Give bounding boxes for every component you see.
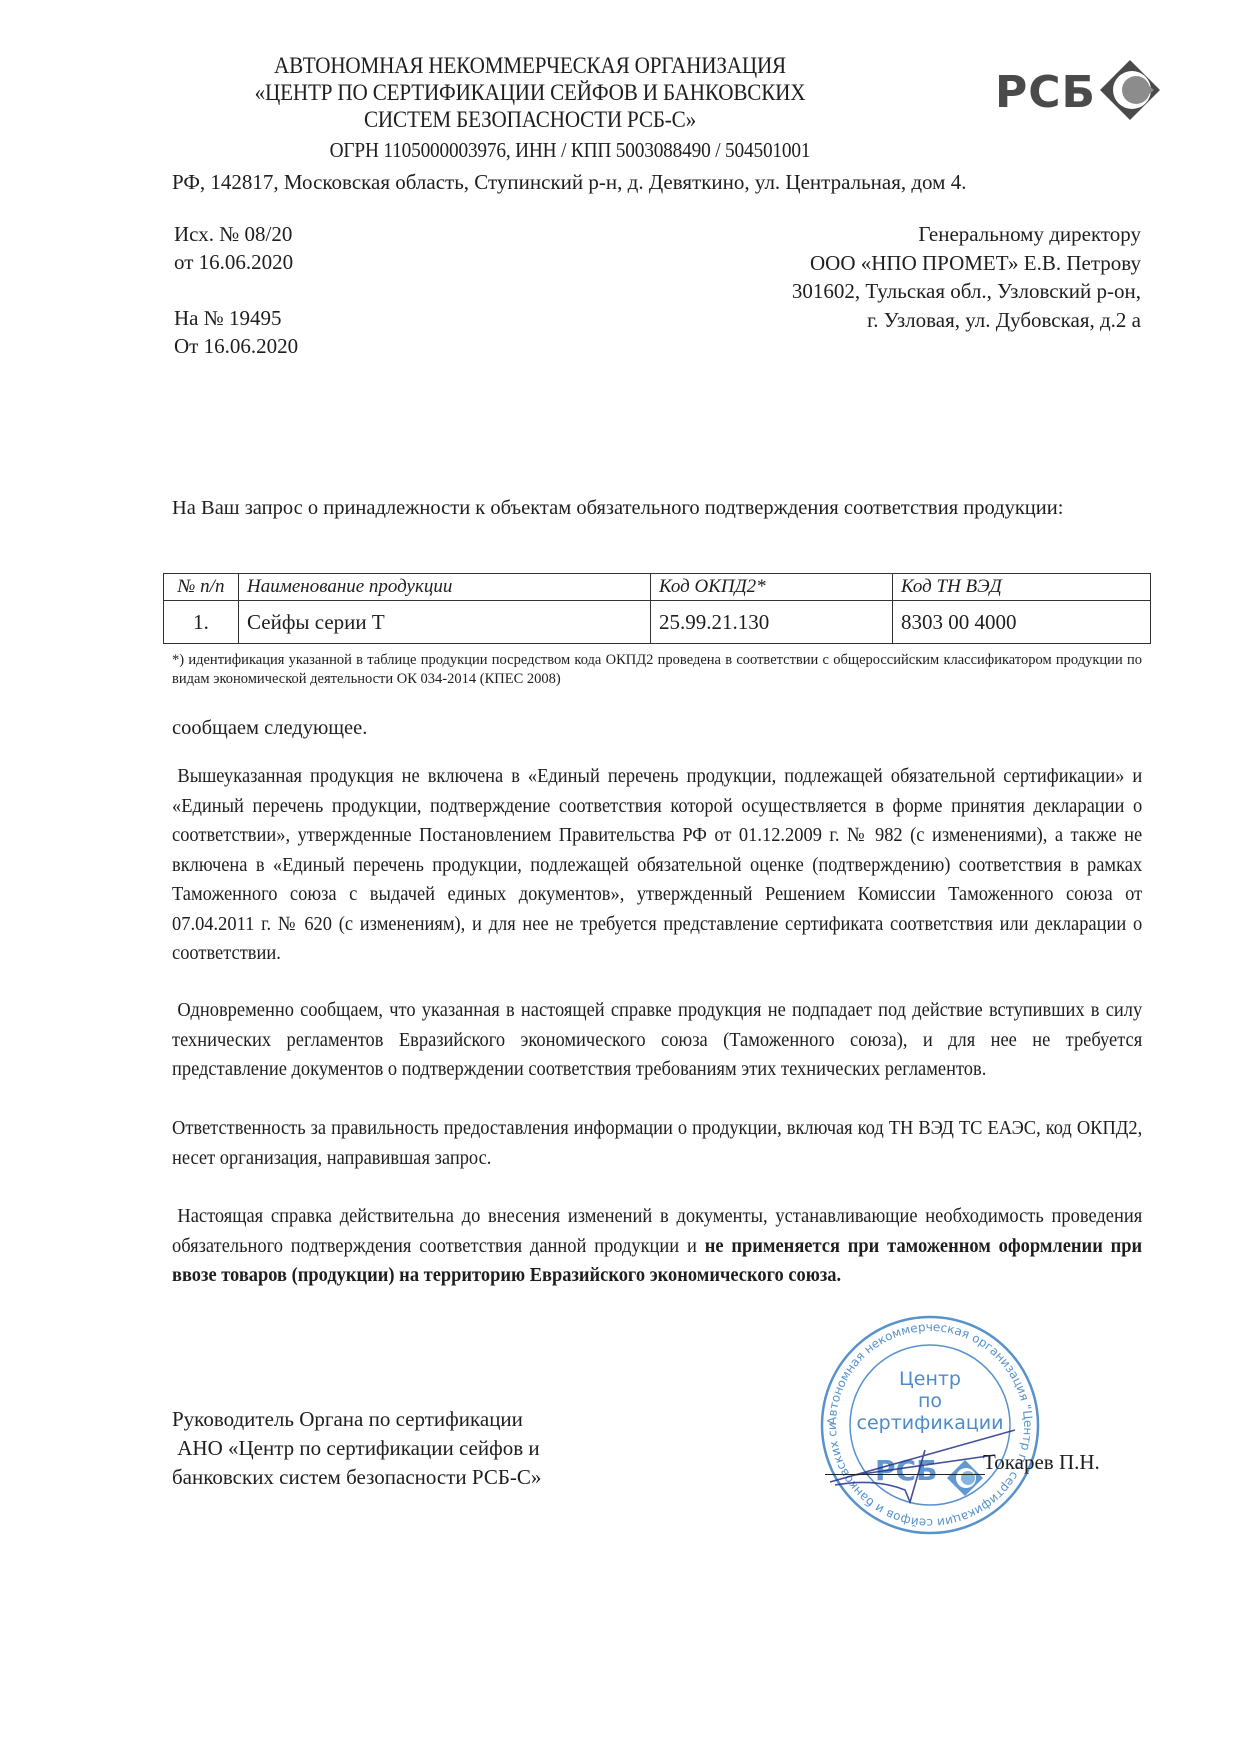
product-table: № п/п Наименование продукции Код ОКПД2* …	[163, 573, 1151, 644]
cell-product-name: Сейфы серии Т	[239, 601, 651, 644]
intro-paragraph: На Ваш запрос о принадлежности к объекта…	[172, 494, 1142, 523]
cell-okpd2: 25.99.21.130	[651, 601, 893, 644]
org-name-line-2: «ЦЕНТР ПО СЕРТИФИКАЦИИ СЕЙФОВ И БАНКОВСК…	[42, 79, 1017, 106]
signatory-position: Руководитель Органа по сертификации АНО …	[172, 1405, 541, 1492]
header-number: № п/п	[164, 574, 239, 601]
official-stamp: Автономная некоммерческая организация "Ц…	[815, 1310, 1045, 1540]
header-tnved: Код ТН ВЭД	[893, 574, 1151, 601]
recipient-line-1: Генеральному директору	[792, 220, 1141, 249]
cell-tnved: 8303 00 4000	[893, 601, 1151, 644]
outgoing-reference: Исх. № 08/20 от 16.06.2020 На № 19495 От…	[174, 220, 298, 360]
table-row: 1. Сейфы серии Т 25.99.21.130 8303 00 40…	[164, 601, 1151, 644]
recipient-line-2: ООО «НПО ПРОМЕТ» Е.В. Петрову	[792, 249, 1141, 278]
paragraph-2: Одновременно сообщаем, что указанная в н…	[172, 996, 1142, 1085]
header-okpd2: Код ОКПД2*	[651, 574, 893, 601]
handwritten-signature-icon	[815, 1310, 1045, 1540]
table-footnote: *) идентификация указанной в таблице про…	[172, 651, 1142, 689]
outgoing-number: Исх. № 08/20	[174, 220, 298, 248]
recipient-block: Генеральному директору ООО «НПО ПРОМЕТ» …	[792, 220, 1141, 334]
report-line: сообщаем следующее.	[172, 714, 1142, 743]
header-product-name: Наименование продукции	[239, 574, 651, 601]
paragraph-1: Вышеуказанная продукция не включена в «Е…	[172, 762, 1142, 969]
recipient-line-3: 301602, Тульская обл., Узловский р-он,	[792, 277, 1141, 306]
recipient-line-4: г. Узловая, ул. Дубовская, д.2 а	[792, 306, 1141, 335]
org-registration: ОГРН 1105000003976, ИНН / КПП 5003088490…	[82, 137, 1057, 164]
rsb-c-diamond-logo-icon	[1098, 58, 1162, 127]
reply-to-date: От 16.06.2020	[174, 332, 298, 360]
reply-to-number: На № 19495	[174, 304, 298, 332]
cell-number: 1.	[164, 601, 239, 644]
paragraph-3: Ответственность за правильность предоста…	[172, 1114, 1142, 1173]
org-name-line-3: СИСТЕМ БЕЗОПАСНОСТИ РСБ-С»	[42, 106, 1017, 133]
position-line-3: банковских систем безопасности РСБ-С»	[172, 1463, 541, 1492]
signature-line	[825, 1474, 985, 1475]
org-address: РФ, 142817, Московская область, Ступинск…	[172, 170, 966, 195]
paragraph-4: Настоящая справка действительна до внесе…	[172, 1202, 1142, 1291]
rsb-logo: РСБ	[995, 62, 1162, 122]
org-name-line-1: АВТОНОМНАЯ НЕКОММЕРЧЕСКАЯ ОРГАНИЗАЦИЯ	[42, 52, 1017, 79]
signatory-name: Токарев П.Н.	[983, 1450, 1100, 1475]
outgoing-date: от 16.06.2020	[174, 248, 298, 276]
position-line-2: АНО «Центр по сертификации сейфов и	[172, 1434, 541, 1463]
logo-text: РСБ	[995, 67, 1096, 118]
position-line-1: Руководитель Органа по сертификации	[172, 1405, 541, 1434]
table-header-row: № п/п Наименование продукции Код ОКПД2* …	[164, 574, 1151, 601]
